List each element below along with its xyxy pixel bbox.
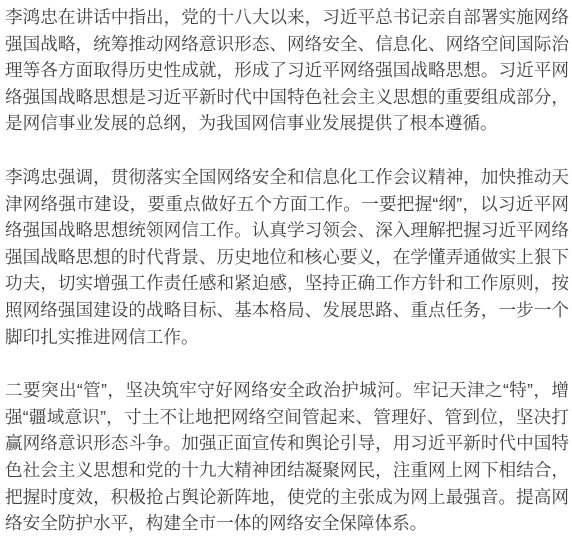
paragraph-2: 李鸿忠强调，贯彻落实全国网络安全和信息化工作会议精神，加快推动天津网络强市建设，… [5, 164, 569, 350]
page: { "colors": { "background": "#ffffff", "… [0, 0, 572, 551]
paragraph-1: 李鸿忠在讲话中指出，党的十八大以来，习近平总书记亲自部署实施网络强国战略，统筹推… [5, 4, 569, 137]
article-body: 李鸿忠在讲话中指出，党的十八大以来，习近平总书记亲自部署实施网络强国战略，统筹推… [0, 0, 572, 551]
paragraph-3: 二要突出“管”，坚决筑牢守好网络安全政治护城河。牢记天津之“特”，增强“疆域意识… [5, 377, 569, 537]
